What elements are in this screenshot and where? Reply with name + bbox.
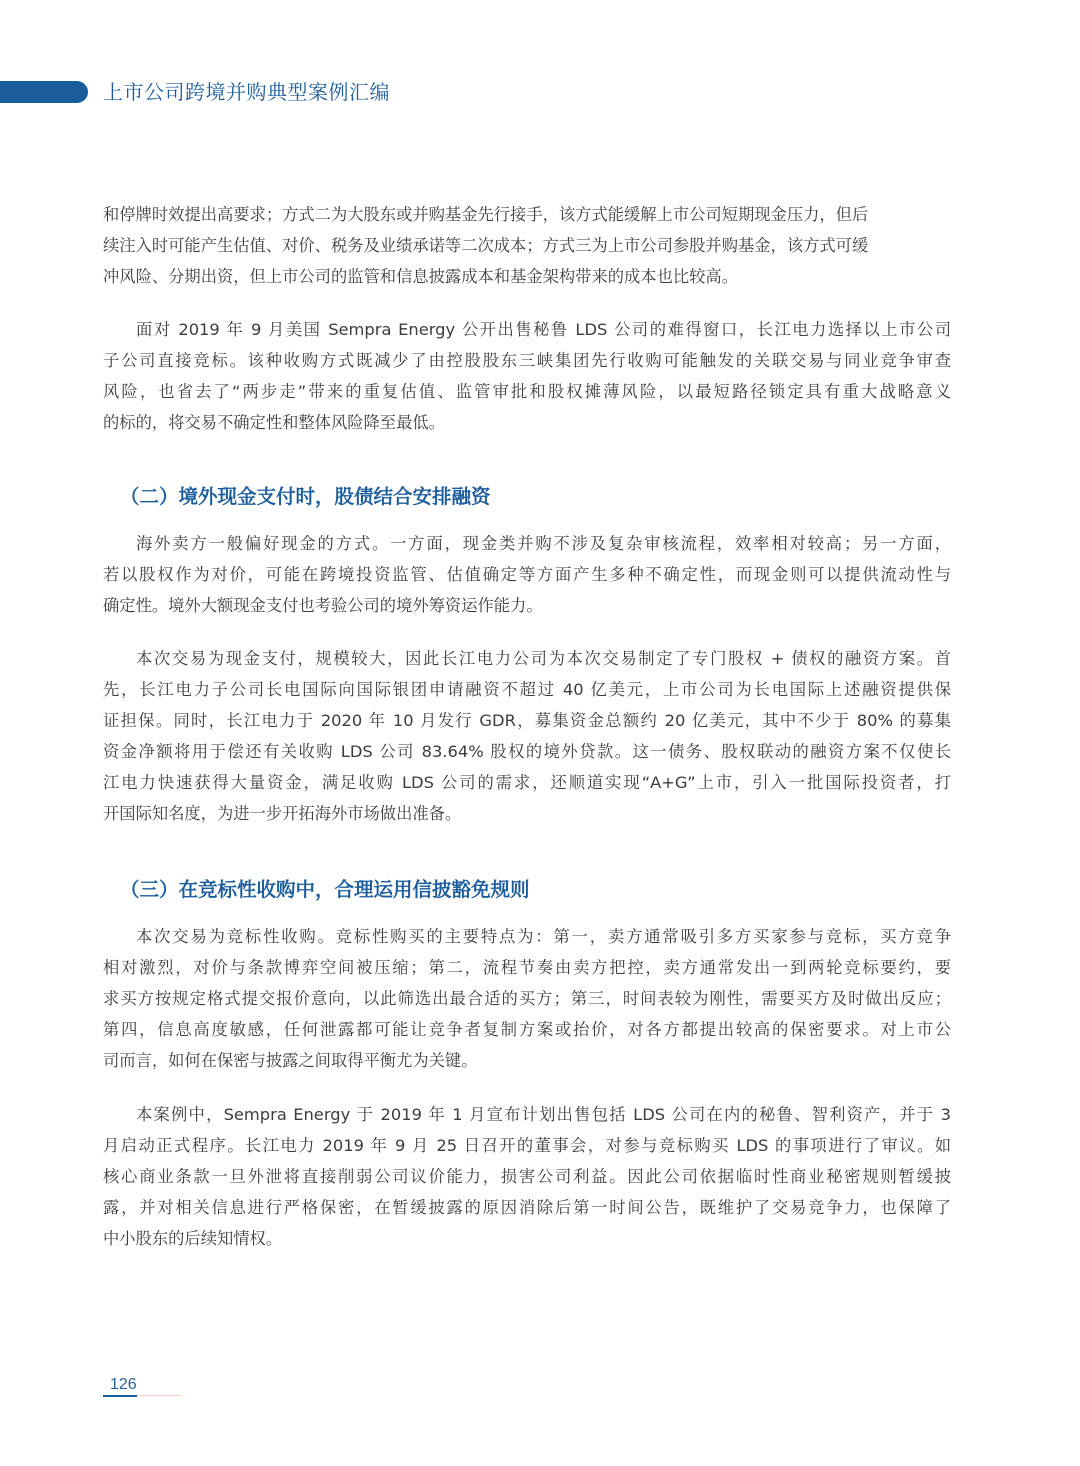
- text-line: 海外卖方一般偏好现金的方式。一方面，现金类并购不涉及复杂审核流程，效率相对较高；…: [103, 528, 951, 559]
- text-line: 核心商业条款一旦外泄将直接削弱公司议价能力，损害公司利益。因此公司依据临时性商业…: [103, 1161, 951, 1192]
- text-line: 月启动正式程序。长江电力 2019 年 9 月 25 日召开的董事会，对参与竞标…: [103, 1130, 951, 1161]
- section-heading-2: （二）境外现金支付时，股债结合安排融资: [103, 483, 491, 511]
- page-number-underline-accent: [103, 1395, 137, 1397]
- text-line: 面对 2019 年 9 月美国 Sempra Energy 公开出售秘鲁 LDS…: [103, 314, 951, 345]
- paragraph-5: 本次交易为竞标性收购。竞标性购买的主要特点为：第一，卖方通常吸引多方买家参与竞标…: [103, 921, 951, 1076]
- text-line: 的标的，将交易不确定性和整体风险降至最低。: [103, 407, 951, 438]
- page-number-underline-rule: [137, 1395, 180, 1396]
- text-line: 和停牌时效提出高要求；方式二为大股东或并购基金先行接手，该方式能缓解上市公司短期…: [103, 199, 868, 230]
- text-line: 先，长江电力子公司长电国际向国际银团申请融资不超过 40 亿美元，上市公司为长电…: [103, 674, 951, 705]
- text-line: 本案例中，Sempra Energy 于 2019 年 1 月宣布计划出售包括 …: [103, 1099, 951, 1130]
- paragraph-6: 本案例中，Sempra Energy 于 2019 年 1 月宣布计划出售包括 …: [103, 1099, 951, 1254]
- running-header-title: 上市公司跨境并购典型案例汇编: [103, 79, 390, 105]
- text-line: 司而言，如何在保密与披露之间取得平衡尤为关键。: [103, 1045, 951, 1076]
- text-line: 本次交易为竞标性收购。竞标性购买的主要特点为：第一，卖方通常吸引多方买家参与竞标…: [103, 921, 951, 952]
- text-line: 续注入时可能产生估值、对价、税务及业绩承诺等二次成本；方式三为上市公司参股并购基…: [103, 230, 868, 261]
- text-line: 第四，信息高度敏感，任何泄露都可能让竞争者复制方案或抬价，对各方都提出较高的保密…: [103, 1014, 951, 1045]
- text-line: 资金净额将用于偿还有关收购 LDS 公司 83.64% 股权的境外贷款。这一债务…: [103, 736, 951, 767]
- text-line: 江电力快速获得大量资金，满足收购 LDS 公司的需求，还顺道实现“A+G”上市，…: [103, 767, 951, 798]
- text-line: 冲风险、分期出资，但上市公司的监管和信息披露成本和基金架构带来的成本也比较高。: [103, 261, 868, 292]
- paragraph-4: 本次交易为现金支付，规模较大，因此长江电力公司为本次交易制定了专门股权 + 债权…: [103, 643, 951, 829]
- header-accent-bar: [0, 81, 88, 103]
- page-number: 126: [110, 1376, 137, 1394]
- text-line: 子公司直接竞标。该种收购方式既减少了由控股股东三峡集团先行收购可能触发的关联交易…: [103, 345, 951, 376]
- text-line: 证担保。同时，长江电力于 2020 年 10 月发行 GDR，募集资金总额约 2…: [103, 705, 951, 736]
- text-line: 相对激烈，对价与条款博弈空间被压缩；第二，流程节奏由卖方把控，卖方通常发出一到两…: [103, 952, 951, 983]
- text-line: 本次交易为现金支付，规模较大，因此长江电力公司为本次交易制定了专门股权 + 债权…: [103, 643, 951, 674]
- text-line: 开国际知名度，为进一步开拓海外市场做出准备。: [103, 798, 951, 829]
- paragraph-2: 面对 2019 年 9 月美国 Sempra Energy 公开出售秘鲁 LDS…: [103, 314, 951, 438]
- paragraph-1: 和停牌时效提出高要求；方式二为大股东或并购基金先行接手，该方式能缓解上市公司短期…: [103, 199, 868, 292]
- text-line: 确定性。境外大额现金支付也考验公司的境外筹资运作能力。: [103, 590, 951, 621]
- text-line: 风险，也省去了“两步走”带来的重复估值、监管审批和股权摊薄风险，以最短路径锁定具…: [103, 376, 951, 407]
- section-heading-3: （三）在竞标性收购中，合理运用信披豁免规则: [103, 876, 530, 904]
- text-line: 中小股东的后续知情权。: [103, 1223, 951, 1254]
- text-line: 求买方按规定格式提交报价意向，以此筛选出最合适的买方；第三，时间表较为刚性，需要…: [103, 983, 951, 1014]
- text-line: 若以股权作为对价，可能在跨境投资监管、估值确定等方面产生多种不确定性，而现金则可…: [103, 559, 951, 590]
- text-line: 露，并对相关信息进行严格保密，在暂缓披露的原因消除后第一时间公告，既维护了交易竞…: [103, 1192, 951, 1223]
- paragraph-3: 海外卖方一般偏好现金的方式。一方面，现金类并购不涉及复杂审核流程，效率相对较高；…: [103, 528, 951, 621]
